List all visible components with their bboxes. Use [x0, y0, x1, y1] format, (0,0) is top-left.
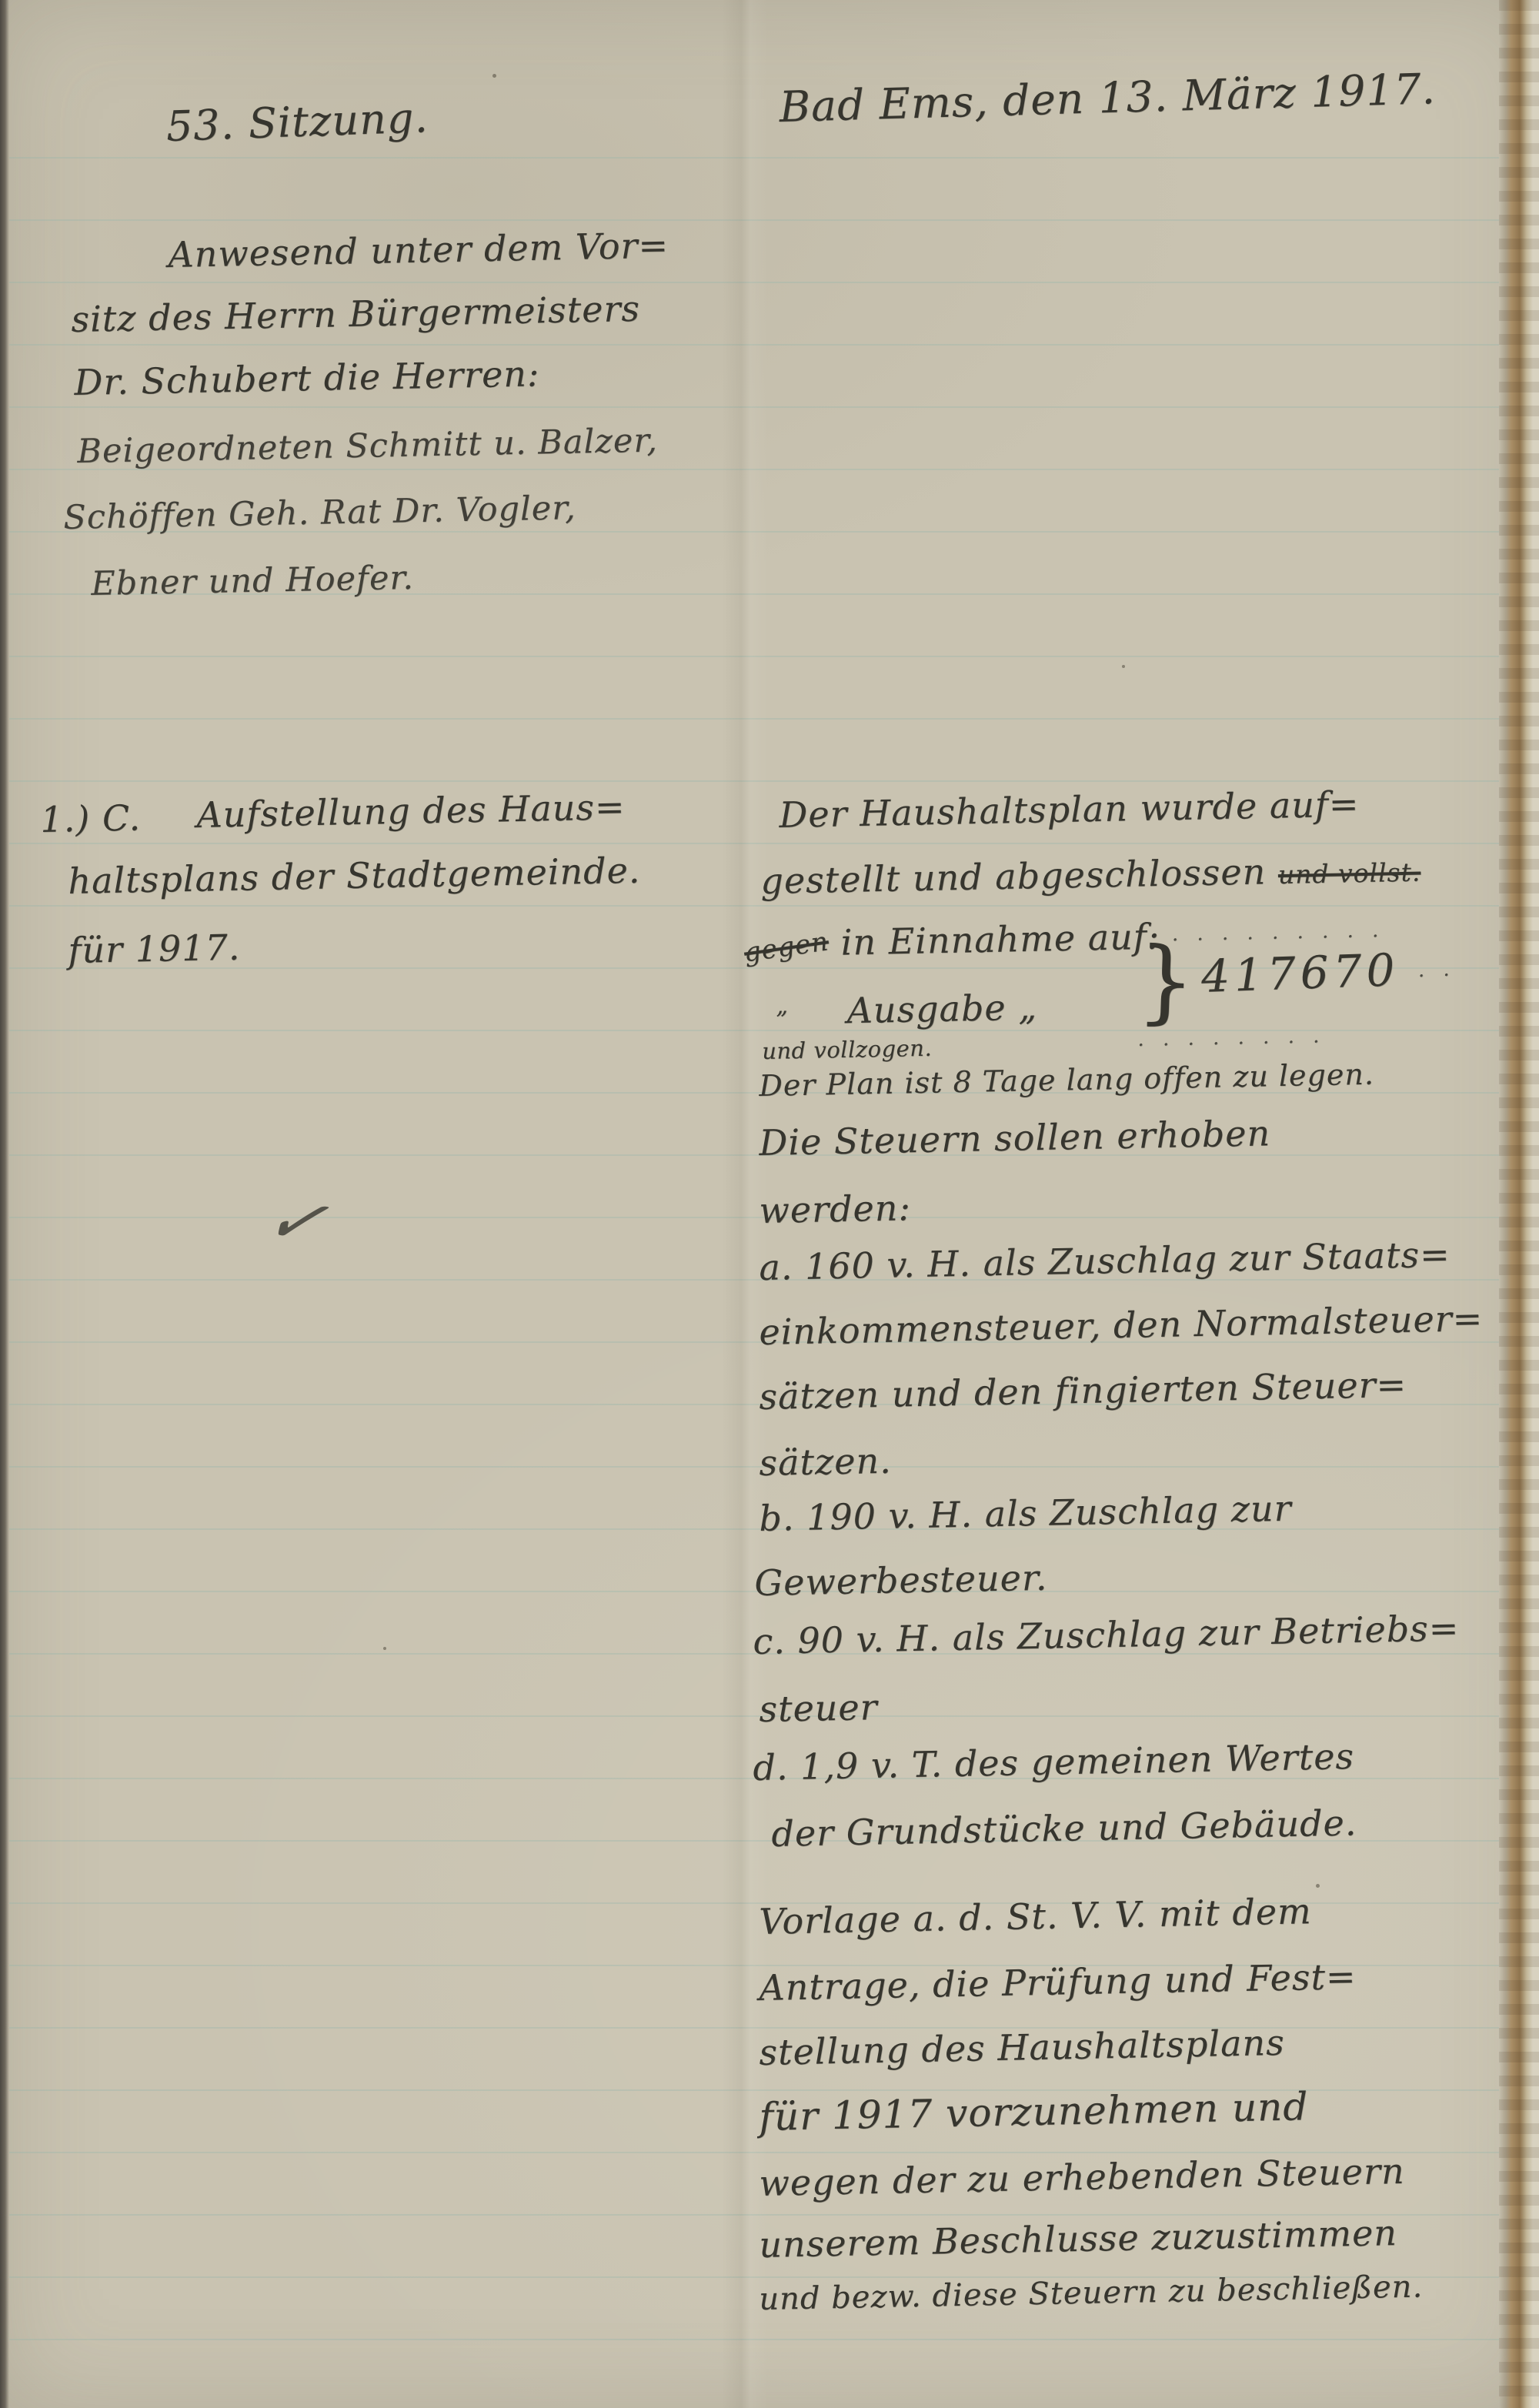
dateline: Bad Ems, den 13. März 1917.	[779, 68, 1437, 129]
amount-number: 417670	[1200, 943, 1400, 1003]
body-line: Der Haushaltsplan wurde auf=	[779, 787, 1360, 833]
interline-insertion: und vollzogen.	[762, 1037, 932, 1063]
paper-speck	[1122, 665, 1125, 668]
leader-dots: . . . . . . . . .	[1172, 919, 1385, 946]
body-line: für 1917 vorzunehmen und	[759, 2087, 1309, 2136]
paper-speck	[492, 74, 496, 78]
agenda-heading-line: für 1917.	[68, 930, 241, 968]
attendance-line: Schöffen Geh. Rat Dr. Vogler,	[63, 492, 576, 535]
amount-brace: }	[1136, 934, 1197, 1027]
insertion-mark: „	[776, 995, 789, 1018]
body-line: Vorlage a. d. St. V. V. mit dem	[759, 1893, 1312, 1939]
body-line: d. 1,9 v. T. des gemeinen Wertes	[753, 1738, 1354, 1785]
amount-value: 417670 . .	[1200, 945, 1456, 999]
scanned-ledger-page: 53. Sitzung. Bad Ems, den 13. März 1917.…	[0, 0, 1539, 2408]
body-line: Gewerbesteuer.	[754, 1560, 1048, 1601]
paper-speck	[383, 1647, 386, 1650]
leader-dots-row: . . . . . . . .	[1137, 1020, 1326, 1059]
body-line-text: in Einnahme auf:	[840, 916, 1160, 964]
attendance-line: Ebner und Hoefer.	[91, 562, 414, 601]
body-line: stellung des Haushaltsplans	[759, 2025, 1285, 2070]
body-line: Die Steuern sollen erhoben	[759, 1115, 1271, 1161]
body-line: steuer	[759, 1689, 878, 1727]
body-line: „ Ausgabe „	[776, 989, 1037, 1030]
amount-trailing-dots: . .	[1417, 957, 1456, 982]
body-line: sätzen.	[759, 1443, 892, 1481]
attendance-line: Dr. Schubert die Herren:	[74, 356, 540, 400]
attendance-line: Anwesend unter dem Vor=	[168, 228, 669, 272]
page-edge-left	[0, 0, 9, 2408]
struck-out-text: und vollst.	[1277, 857, 1420, 890]
body-line-text: Ausgabe „	[846, 986, 1037, 1031]
session-title: 53. Sitzung.	[165, 97, 429, 148]
body-line: der Grundstücke und Gebäude.	[771, 1805, 1357, 1852]
leader-dots: . . . . . . . .	[1137, 1024, 1326, 1051]
body-line: Antrage, die Prüfung und Fest=	[759, 1959, 1357, 2006]
body-line: b. 190 v. H. als Zuschlag zur	[759, 1491, 1292, 1536]
body-line: werden:	[759, 1190, 911, 1228]
page-edge-right-deckle	[1499, 0, 1539, 2408]
agenda-number: 1.) C.	[40, 800, 141, 837]
attendance-line: sitz des Herrn Bürgermeisters	[71, 291, 640, 337]
paper-speck	[1316, 1884, 1320, 1888]
struck-out-text: gegen	[743, 928, 830, 966]
agenda-heading-line: Aufstellung des Haus=	[196, 789, 626, 833]
agenda-heading-line: haltsplans der Stadtgemeinde.	[68, 853, 641, 899]
